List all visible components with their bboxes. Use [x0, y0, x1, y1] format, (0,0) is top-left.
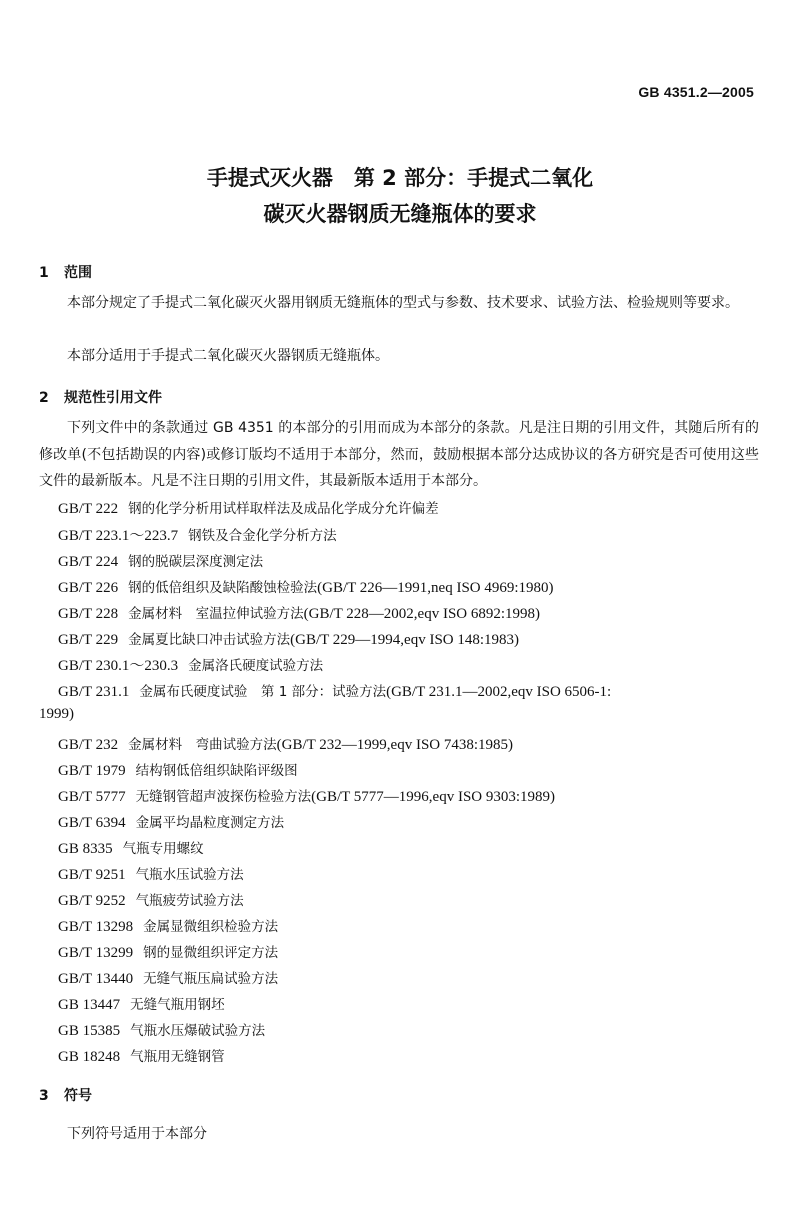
section-number: 1: [39, 265, 64, 281]
reference-code: GB/T 230.1～230.3: [58, 658, 178, 674]
reference-item: GB/T 13298金属显微组织检验方法: [58, 915, 278, 936]
reference-title: 钢铁及合金化学分析方法: [188, 528, 337, 544]
reference-title: 气瓶疲劳试验方法: [136, 893, 244, 909]
references-intro-paragraph: 下列文件中的条款通过 GB 4351 的本部分的引用而成为本部分的条款。凡是注日…: [39, 415, 759, 495]
section-number: 3: [39, 1088, 64, 1104]
standard-code: GB 4351.2—2005: [638, 84, 754, 100]
reference-note-wrap: 1999): [39, 706, 74, 723]
reference-title: 无缝气瓶压扁试验方法: [143, 971, 278, 987]
reference-item: GB 13447无缝气瓶用钢坯: [58, 993, 225, 1014]
reference-item: GB 18248气瓶用无缝钢管: [58, 1045, 225, 1066]
reference-note: (GB/T 229—1994,eqv ISO 148:1983): [290, 632, 519, 648]
reference-code: GB 15385: [58, 1023, 120, 1039]
reference-code: GB 13447: [58, 997, 120, 1013]
symbols-paragraph: 下列符号适用于本部分: [39, 1121, 759, 1148]
reference-title: 金属材料 弯曲试验方法: [128, 737, 277, 753]
reference-code: GB/T 231.1: [58, 684, 129, 700]
reference-title: 钢的脱碳层深度测定法: [128, 554, 263, 570]
reference-code: GB 8335: [58, 841, 113, 857]
reference-title: 金属夏比缺口冲击试验方法: [128, 632, 290, 648]
reference-code: GB/T 13299: [58, 945, 133, 961]
reference-code: GB/T 232: [58, 737, 118, 753]
reference-code: GB/T 223.1～223.7: [58, 528, 178, 544]
section-title: 范围: [64, 265, 92, 281]
reference-title: 结构钢低倍组织缺陷评级图: [136, 763, 298, 779]
reference-note: (GB/T 228—2002,eqv ISO 6892:1998): [304, 606, 540, 622]
reference-code: GB/T 13298: [58, 919, 133, 935]
section-heading-symbols: 3符号: [39, 1085, 92, 1105]
reference-code: GB/T 13440: [58, 971, 133, 987]
reference-item: GB/T 9252气瓶疲劳试验方法: [58, 889, 244, 910]
title-line-2: 碳灭火器钢质无缝瓶体的要求: [0, 196, 800, 232]
title-line-1: 手提式灭火器 第 2 部分：手提式二氧化: [0, 160, 800, 196]
document-title: 手提式灭火器 第 2 部分：手提式二氧化 碳灭火器钢质无缝瓶体的要求: [0, 160, 800, 232]
reference-item: GB/T 228金属材料 室温拉伸试验方法(GB/T 228—2002,eqv …: [58, 602, 540, 623]
reference-code: GB/T 224: [58, 554, 118, 570]
scope-paragraph-2: 本部分适用于手提式二氧化碳灭火器钢质无缝瓶体。: [39, 343, 759, 370]
reference-title: 无缝钢管超声波探伤检验方法: [136, 789, 312, 805]
reference-item: GB/T 222钢的化学分析用试样取样法及成品化学成分允许偏差: [58, 497, 439, 518]
reference-title: 金属材料 室温拉伸试验方法: [128, 606, 304, 622]
reference-code: GB/T 9252: [58, 893, 126, 909]
reference-item: GB/T 13440无缝气瓶压扁试验方法: [58, 967, 278, 988]
reference-code: GB/T 228: [58, 606, 118, 622]
reference-item: GB/T 231.1金属布氏硬度试验 第 1 部分：试验方法(GB/T 231.…: [58, 680, 611, 701]
reference-code: GB/T 226: [58, 580, 118, 596]
reference-note: (GB/T 232—1999,eqv ISO 7438:1985): [277, 737, 513, 753]
reference-title: 金属布氏硬度试验 第 1 部分：试验方法: [139, 684, 386, 700]
section-title: 符号: [64, 1088, 92, 1104]
reference-title: 钢的低倍组织及缺陷酸蚀检验法: [128, 580, 317, 596]
reference-item: GB/T 9251气瓶水压试验方法: [58, 863, 244, 884]
reference-title: 气瓶用无缝钢管: [130, 1049, 225, 1065]
reference-title: 钢的显微组织评定方法: [143, 945, 278, 961]
reference-title: 气瓶水压试验方法: [136, 867, 244, 883]
reference-item: GB/T 232金属材料 弯曲试验方法(GB/T 232—1999,eqv IS…: [58, 733, 513, 754]
reference-item: GB/T 1979结构钢低倍组织缺陷评级图: [58, 759, 298, 780]
reference-title: 金属显微组织检验方法: [143, 919, 278, 935]
reference-item: GB/T 230.1～230.3金属洛氏硬度试验方法: [58, 654, 323, 675]
section-number: 2: [39, 390, 64, 406]
reference-code: GB 18248: [58, 1049, 120, 1065]
reference-title: 金属洛氏硬度试验方法: [188, 658, 323, 674]
reference-item: GB/T 226钢的低倍组织及缺陷酸蚀检验法(GB/T 226—1991,neq…: [58, 576, 554, 597]
reference-title: 钢的化学分析用试样取样法及成品化学成分允许偏差: [128, 501, 439, 517]
reference-item: GB/T 229金属夏比缺口冲击试验方法(GB/T 229—1994,eqv I…: [58, 628, 519, 649]
reference-code: GB/T 9251: [58, 867, 126, 883]
reference-item: GB/T 223.1～223.7钢铁及合金化学分析方法: [58, 524, 337, 545]
reference-item: GB/T 224钢的脱碳层深度测定法: [58, 550, 263, 571]
reference-title: 金属平均晶粒度测定方法: [136, 815, 285, 831]
reference-code: GB/T 1979: [58, 763, 126, 779]
section-heading-scope: 1范围: [39, 262, 92, 282]
reference-code: GB/T 229: [58, 632, 118, 648]
reference-title: 气瓶专用螺纹: [123, 841, 204, 857]
reference-item: GB 15385气瓶水压爆破试验方法: [58, 1019, 265, 1040]
reference-title: 气瓶水压爆破试验方法: [130, 1023, 265, 1039]
reference-code: GB/T 222: [58, 501, 118, 517]
reference-note: (GB/T 231.1—2002,eqv ISO 6506-1:: [386, 684, 611, 700]
reference-note: (GB/T 226—1991,neq ISO 4969:1980): [317, 580, 553, 596]
scope-paragraph-1: 本部分规定了手提式二氧化碳灭火器用钢质无缝瓶体的型式与参数、技术要求、试验方法、…: [39, 290, 759, 317]
reference-code: GB/T 6394: [58, 815, 126, 831]
section-heading-normative-references: 2规范性引用文件: [39, 387, 162, 407]
section-title: 规范性引用文件: [64, 390, 162, 406]
reference-item: GB/T 13299钢的显微组织评定方法: [58, 941, 278, 962]
reference-code: GB/T 5777: [58, 789, 126, 805]
reference-item: GB/T 5777无缝钢管超声波探伤检验方法(GB/T 5777—1996,eq…: [58, 785, 555, 806]
reference-note: (GB/T 5777—1996,eqv ISO 9303:1989): [311, 789, 555, 805]
reference-item: GB/T 6394金属平均晶粒度测定方法: [58, 811, 284, 832]
reference-item: GB 8335气瓶专用螺纹: [58, 837, 204, 858]
reference-title: 无缝气瓶用钢坯: [130, 997, 225, 1013]
